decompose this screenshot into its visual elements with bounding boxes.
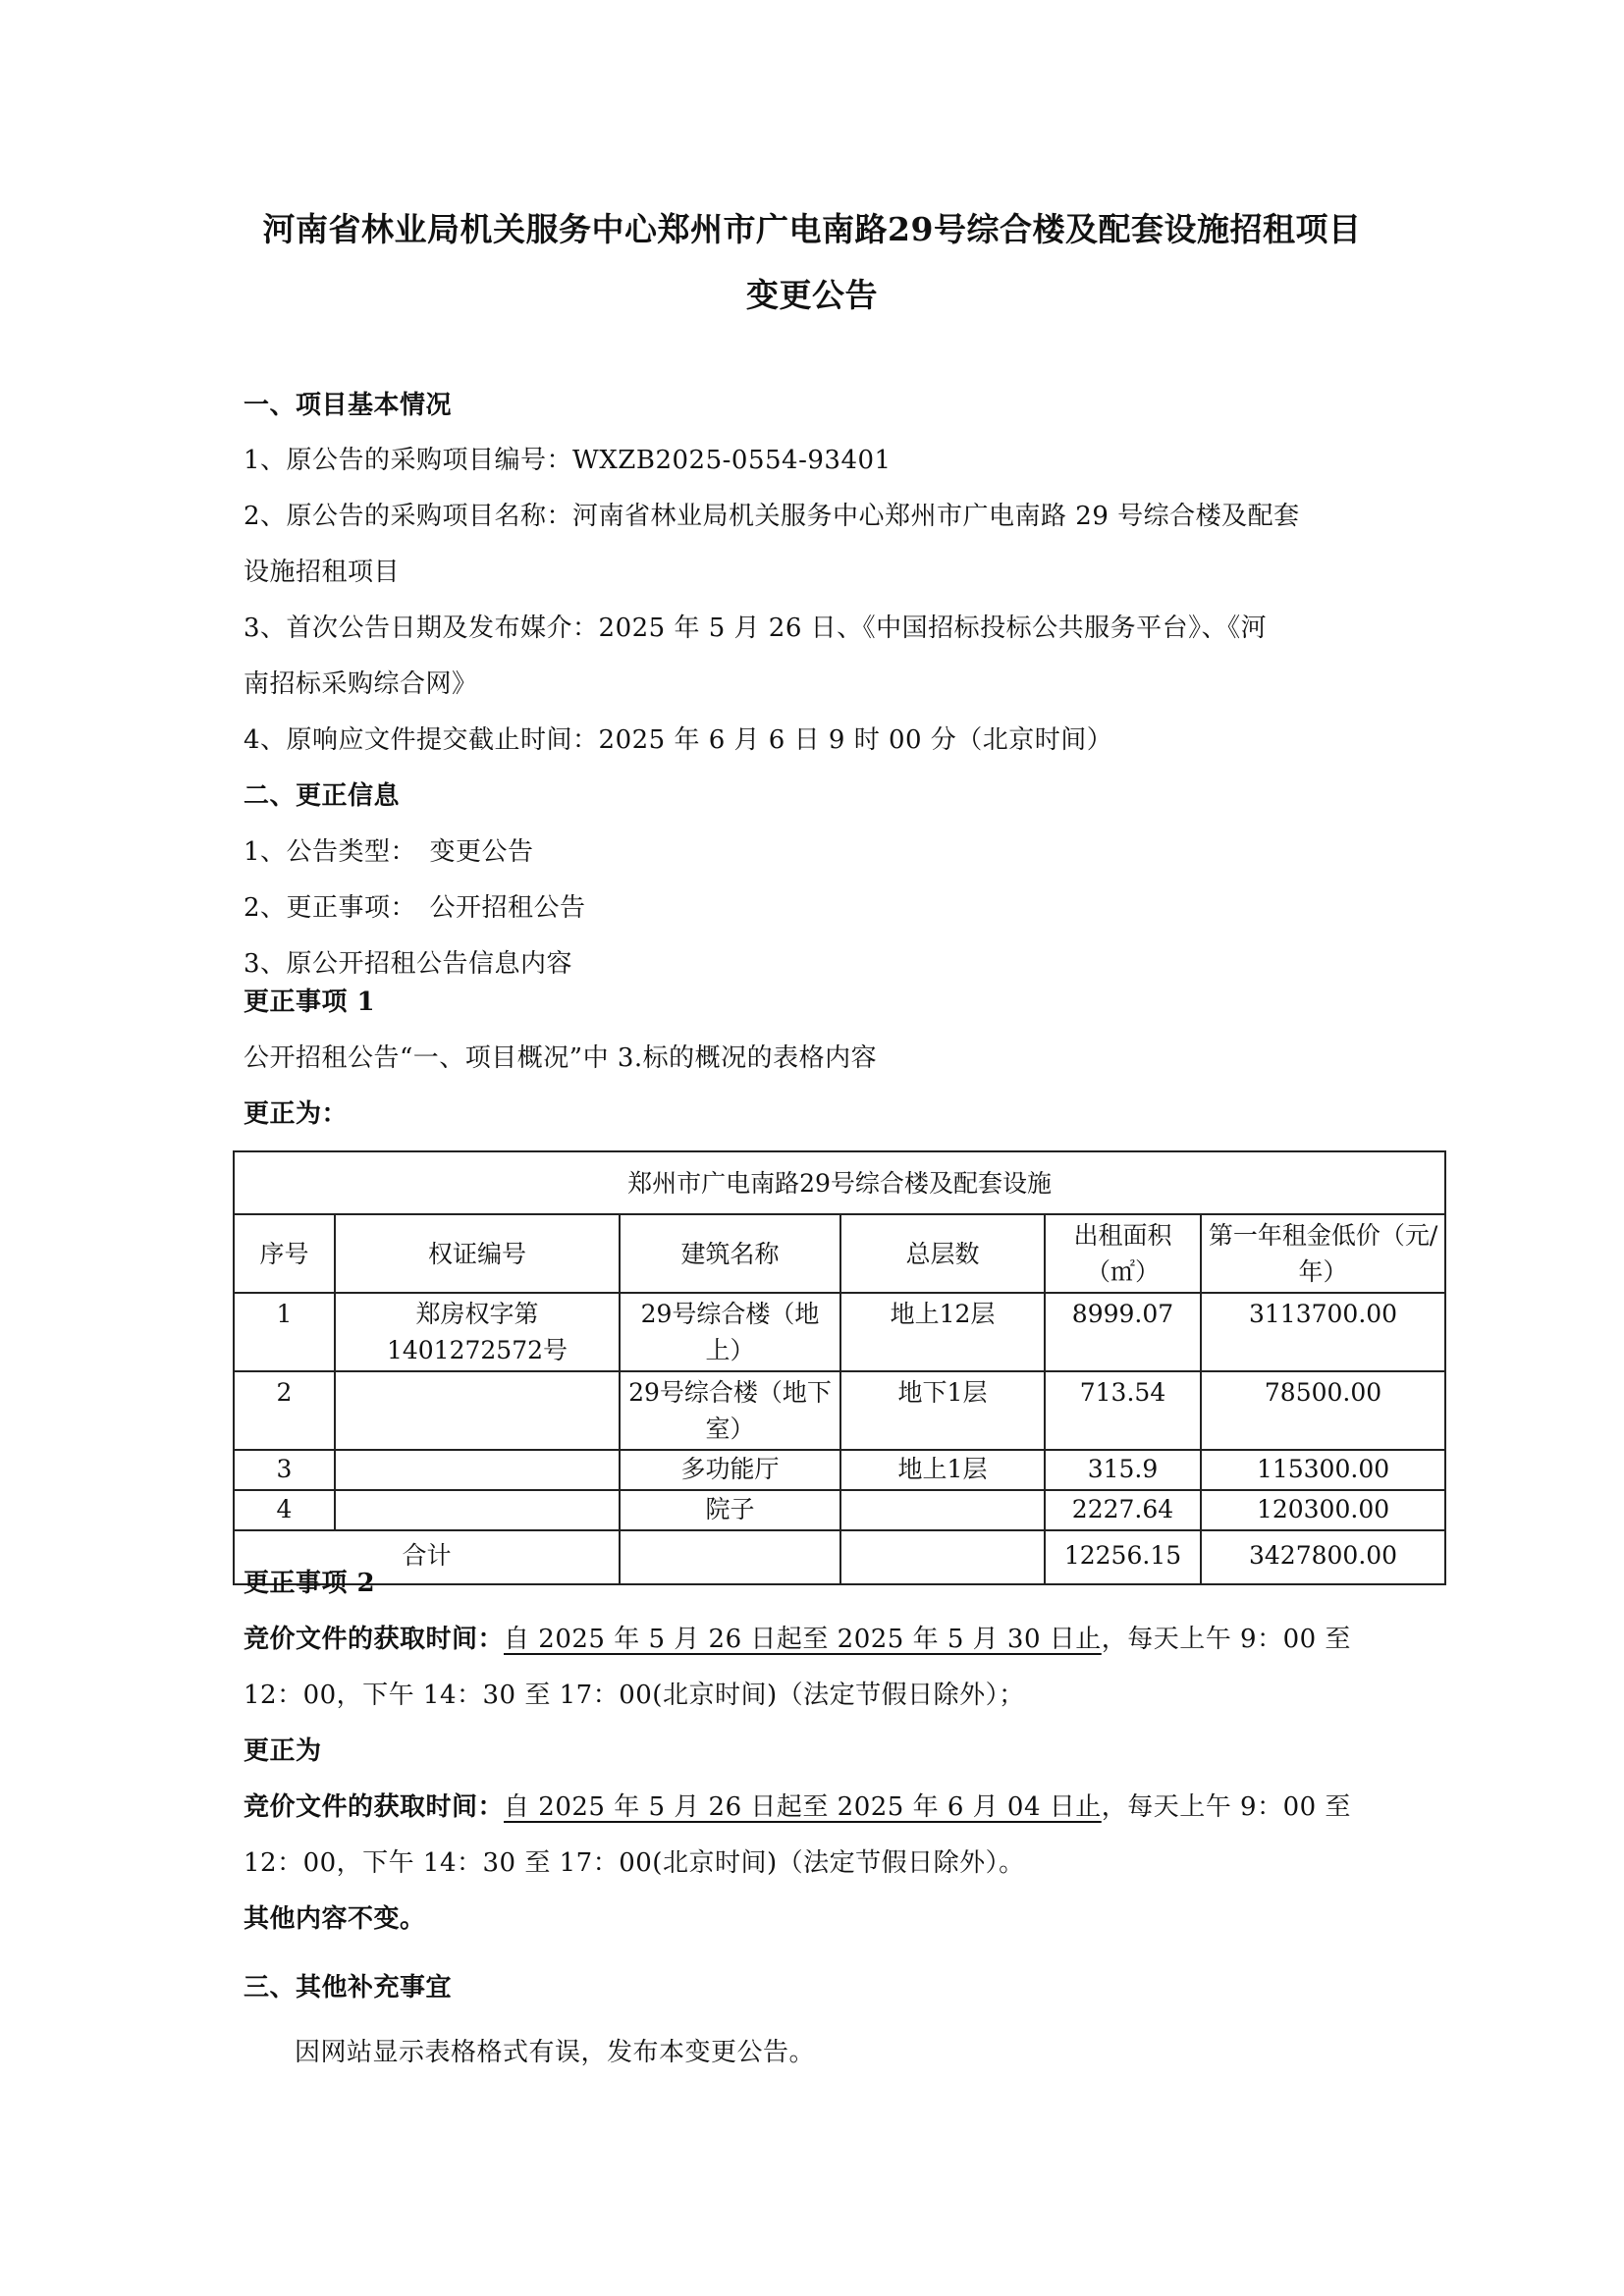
new-acquisition-label: 竞价文件的获取时间： <box>244 1792 504 1822</box>
cell-cert <box>335 1371 620 1450</box>
table-caption: 郑州市广电南路29号综合楼及配套设施 <box>234 1151 1445 1214</box>
unchanged-note: 其他内容不变。 <box>244 1898 426 1935</box>
total-empty-floors <box>840 1530 1045 1584</box>
header-floors: 总层数 <box>840 1214 1045 1293</box>
submission-deadline: 4、原响应文件提交截止时间：2025 年 6 月 6 日 9 时 00 分（北京… <box>244 720 1112 756</box>
cell-floors: 地上12层 <box>840 1293 1045 1371</box>
header-building: 建筑名称 <box>620 1214 840 1293</box>
project-number: 1、原公告的采购项目编号：WXZB2025-0554-93401 <box>244 440 892 476</box>
new-acquisition-time: 竞价文件的获取时间：自 2025 年 5 月 26 日起至 2025 年 6 月… <box>244 1787 1351 1823</box>
cell-no: 4 <box>234 1490 335 1530</box>
cell-building: 多功能厅 <box>620 1450 840 1490</box>
cell-no: 2 <box>234 1371 335 1450</box>
header-rent: 第一年租金低价（元/年） <box>1201 1214 1445 1293</box>
original-time-rest: ，每天上午 9：00 至 <box>1102 1625 1351 1654</box>
cell-area: 713.54 <box>1045 1371 1201 1450</box>
section3-body: 因网站显示表格格式有误，发布本变更公告。 <box>295 2032 815 2068</box>
cell-area: 2227.64 <box>1045 1490 1201 1530</box>
change1-corrected-label: 更正为： <box>244 1094 348 1130</box>
cell-area: 315.9 <box>1045 1450 1201 1490</box>
cell-cert <box>335 1490 620 1530</box>
cell-floors: 地下1层 <box>840 1371 1045 1450</box>
project-name-line1: 2、原公告的采购项目名称：河南省林业局机关服务中心郑州市广电南路 29 号综合楼… <box>244 496 1300 532</box>
cell-building: 29号综合楼（地下室） <box>620 1371 840 1450</box>
cell-rent: 115300.00 <box>1201 1450 1445 1490</box>
total-empty-building <box>620 1530 840 1584</box>
original-acquisition-line2: 12：00，下午 14：30 至 17：00(北京时间)（法定节假日除外）； <box>244 1675 1025 1711</box>
change2-heading: 更正事项 2 <box>244 1563 375 1599</box>
cell-no: 3 <box>234 1450 335 1490</box>
cell-cert <box>335 1450 620 1490</box>
cell-cert: 郑房权字第1401272572号 <box>335 1293 620 1371</box>
cell-rent: 3113700.00 <box>1201 1293 1445 1371</box>
cell-rent: 120300.00 <box>1201 1490 1445 1530</box>
new-time-rest: ，每天上午 9：00 至 <box>1102 1792 1351 1822</box>
total-rent: 3427800.00 <box>1201 1530 1445 1584</box>
new-acquisition-line2: 12：00，下午 14：30 至 17：00(北京时间)（法定节假日除外）。 <box>244 1842 1025 1879</box>
property-table: 郑州市广电南路29号综合楼及配套设施 序号 权证编号 建筑名称 总层数 出租面积… <box>233 1150 1446 1585</box>
total-area: 12256.15 <box>1045 1530 1201 1584</box>
section3-heading: 三、其他补充事宜 <box>244 1967 452 2003</box>
cell-area: 8999.07 <box>1045 1293 1201 1371</box>
original-acquisition-time: 竞价文件的获取时间：自 2025 年 5 月 26 日起至 2025 年 5 月… <box>244 1619 1351 1655</box>
header-area: 出租面积（㎡） <box>1045 1214 1201 1293</box>
correction-item: 2、更正事项： 公开招租公告 <box>244 887 586 924</box>
original-date-range: 自 2025 年 5 月 26 日起至 2025 年 5 月 30 日止 <box>504 1625 1102 1654</box>
cell-floors <box>840 1490 1045 1530</box>
section1-heading: 一、项目基本情况 <box>244 385 452 421</box>
table-row: 2 29号综合楼（地下室） 地下1层 713.54 78500.00 <box>234 1371 1445 1450</box>
table-total-row: 合计 12256.15 3427800.00 <box>234 1530 1445 1584</box>
table-row: 1 郑房权字第1401272572号 29号综合楼（地上） 地上12层 8999… <box>234 1293 1445 1371</box>
document-subtitle: 变更公告 <box>0 270 1624 316</box>
document-title: 河南省林业局机关服务中心郑州市广电南路29号综合楼及配套设施招租项目 <box>0 204 1624 250</box>
change2-corrected-label: 更正为 <box>244 1731 322 1767</box>
header-cert: 权证编号 <box>335 1214 620 1293</box>
table-row: 4 院子 2227.64 120300.00 <box>234 1490 1445 1530</box>
announcement-type: 1、公告类型： 变更公告 <box>244 831 534 868</box>
section2-heading: 二、更正信息 <box>244 775 400 812</box>
original-acquisition-label: 竞价文件的获取时间： <box>244 1625 504 1654</box>
first-announcement-line1: 3、首次公告日期及发布媒介：2025 年 5 月 26 日、《中国招标投标公共服… <box>244 608 1267 644</box>
cell-no: 1 <box>234 1293 335 1371</box>
first-announcement-line2: 南招标采购综合网》 <box>244 664 478 700</box>
cell-building: 29号综合楼（地上） <box>620 1293 840 1371</box>
table-row: 3 多功能厅 地上1层 315.9 115300.00 <box>234 1450 1445 1490</box>
original-info-label: 3、原公开招租公告信息内容 <box>244 943 572 980</box>
cell-floors: 地上1层 <box>840 1450 1045 1490</box>
project-name-line2: 设施招租项目 <box>244 552 400 588</box>
change1-description: 公开招租公告“一、项目概况”中 3.标的概况的表格内容 <box>244 1038 877 1074</box>
change1-heading: 更正事项 1 <box>244 982 375 1018</box>
header-no: 序号 <box>234 1214 335 1293</box>
table-header-row: 序号 权证编号 建筑名称 总层数 出租面积（㎡） 第一年租金低价（元/年） <box>234 1214 1445 1293</box>
cell-rent: 78500.00 <box>1201 1371 1445 1450</box>
new-date-range: 自 2025 年 5 月 26 日起至 2025 年 6 月 04 日止 <box>504 1792 1102 1822</box>
cell-building: 院子 <box>620 1490 840 1530</box>
